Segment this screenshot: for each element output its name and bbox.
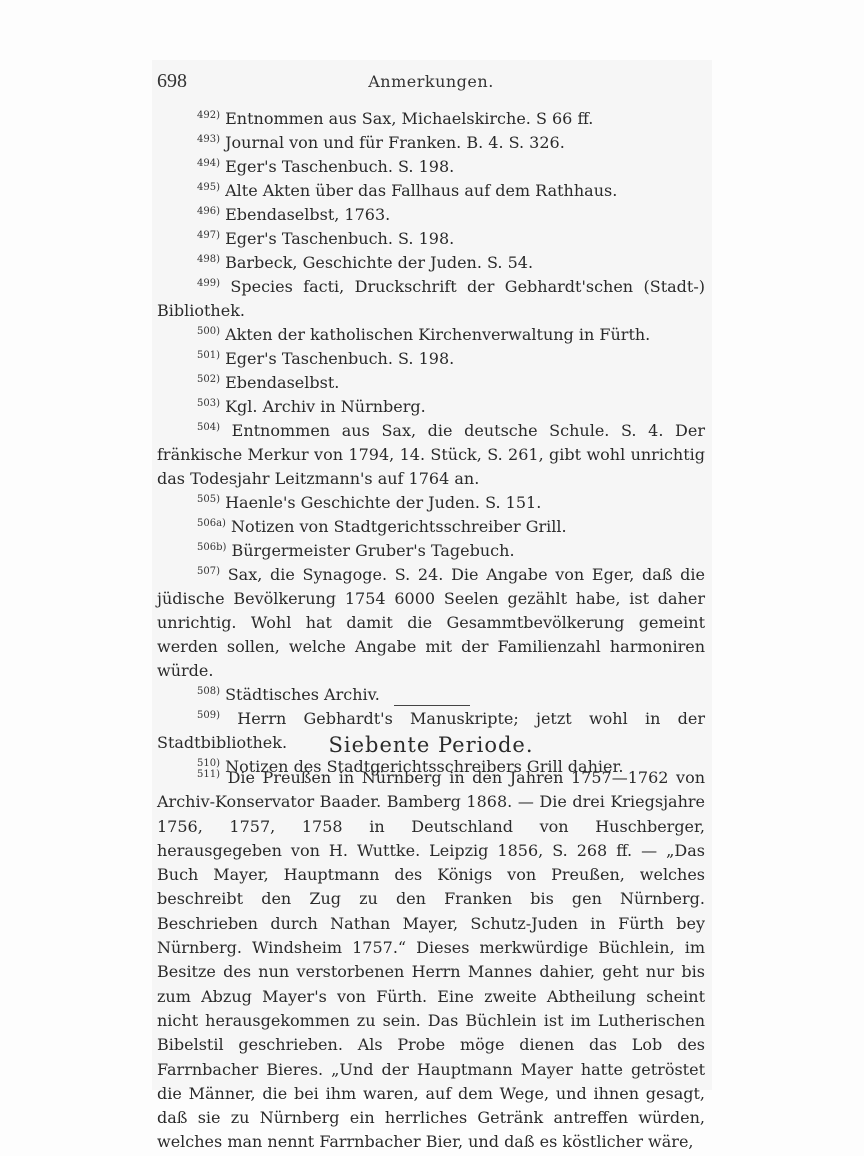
note-number: 499) — [197, 278, 220, 289]
note-text: Entnommen aus Sax, die deutsche Schule. … — [157, 421, 705, 488]
note-text: Akten der katholischen Kirchenverwaltung… — [225, 325, 650, 344]
section-heading: Siebente Periode. — [157, 733, 705, 757]
note-number: 509) — [197, 710, 220, 721]
note-text: Ebendaselbst. — [225, 373, 339, 392]
note-number: 506a) — [197, 518, 226, 529]
note-text: Species facti, Druckschrift der Gebhardt… — [157, 277, 705, 320]
note-text: Alte Akten über das Fallhaus auf dem Rat… — [225, 181, 617, 200]
note-number: 503) — [197, 398, 220, 409]
note-497: 497) Eger's Taschenbuch. S. 198. — [157, 227, 705, 251]
note-496: 496) Ebendaselbst, 1763. — [157, 203, 705, 227]
note-511: 511) Die Preußen in Nürnberg in den Jahr… — [157, 766, 705, 1155]
note-text: Entnommen aus Sax, Michaelskirche. S 66 … — [225, 109, 593, 128]
note-number: 511) — [197, 769, 220, 780]
note-text: Bürgermeister Gruber's Tagebuch. — [231, 541, 514, 560]
note-number: 507) — [197, 566, 220, 577]
page-header: 698 Anmerkungen. — [157, 70, 705, 100]
note-text: Städtisches Archiv. — [225, 685, 380, 704]
note-500: 500) Akten der katholischen Kirchenverwa… — [157, 323, 705, 347]
note-number: 494) — [197, 158, 220, 169]
note-text: Eger's Taschenbuch. S. 198. — [225, 349, 454, 368]
note-number: 501) — [197, 350, 220, 361]
note-507: 507) Sax, die Synagoge. S. 24. Die Angab… — [157, 563, 705, 683]
note-493: 493) Journal von und für Franken. B. 4. … — [157, 131, 705, 155]
note-502: 502) Ebendaselbst. — [157, 371, 705, 395]
note-number: 506b) — [197, 542, 226, 553]
note-text: Eger's Taschenbuch. S. 198. — [225, 229, 454, 248]
note-506a: 506a) Notizen von Stadtgerichtsschreiber… — [157, 515, 705, 539]
section-divider — [394, 705, 470, 706]
note-text: Journal von und für Franken. B. 4. S. 32… — [225, 133, 565, 152]
note-number: 493) — [197, 134, 220, 145]
note-number: 498) — [197, 254, 220, 265]
note-number: 492) — [197, 110, 220, 121]
note-text: Die Preußen in Nürnberg in den Jahren 17… — [157, 768, 705, 1151]
note-number: 495) — [197, 182, 220, 193]
note-501: 501) Eger's Taschenbuch. S. 198. — [157, 347, 705, 371]
note-number: 508) — [197, 686, 220, 697]
note-495: 495) Alte Akten über das Fallhaus auf de… — [157, 179, 705, 203]
note-text: Barbeck, Geschichte der Juden. S. 54. — [225, 253, 533, 272]
note-number: 500) — [197, 326, 220, 337]
note-text: Eger's Taschenbuch. S. 198. — [225, 157, 454, 176]
note-number: 502) — [197, 374, 220, 385]
running-title: Anmerkungen. — [157, 72, 705, 91]
note-text: Haenle's Geschichte der Juden. S. 151. — [225, 493, 541, 512]
footnotes-list: 492) Entnommen aus Sax, Michaelskirche. … — [157, 107, 705, 779]
note-504: 504) Entnommen aus Sax, die deutsche Sch… — [157, 419, 705, 491]
note-number: 505) — [197, 494, 220, 505]
body-text: 511) Die Preußen in Nürnberg in den Jahr… — [157, 766, 705, 1155]
note-number: 496) — [197, 206, 220, 217]
note-492: 492) Entnommen aus Sax, Michaelskirche. … — [157, 107, 705, 131]
note-text: Sax, die Synagoge. S. 24. Die Angabe von… — [157, 565, 705, 680]
note-number: 504) — [197, 422, 220, 433]
note-text: Notizen von Stadtgerichtsschreiber Grill… — [231, 517, 567, 536]
note-498: 498) Barbeck, Geschichte der Juden. S. 5… — [157, 251, 705, 275]
note-506b: 506b) Bürgermeister Gruber's Tagebuch. — [157, 539, 705, 563]
note-508: 508) Städtisches Archiv. — [157, 683, 705, 707]
note-text: Ebendaselbst, 1763. — [225, 205, 390, 224]
note-505: 505) Haenle's Geschichte der Juden. S. 1… — [157, 491, 705, 515]
note-494: 494) Eger's Taschenbuch. S. 198. — [157, 155, 705, 179]
note-number: 497) — [197, 230, 220, 241]
note-text: Kgl. Archiv in Nürnberg. — [225, 397, 426, 416]
note-503: 503) Kgl. Archiv in Nürnberg. — [157, 395, 705, 419]
note-499: 499) Species facti, Druckschrift der Geb… — [157, 275, 705, 323]
